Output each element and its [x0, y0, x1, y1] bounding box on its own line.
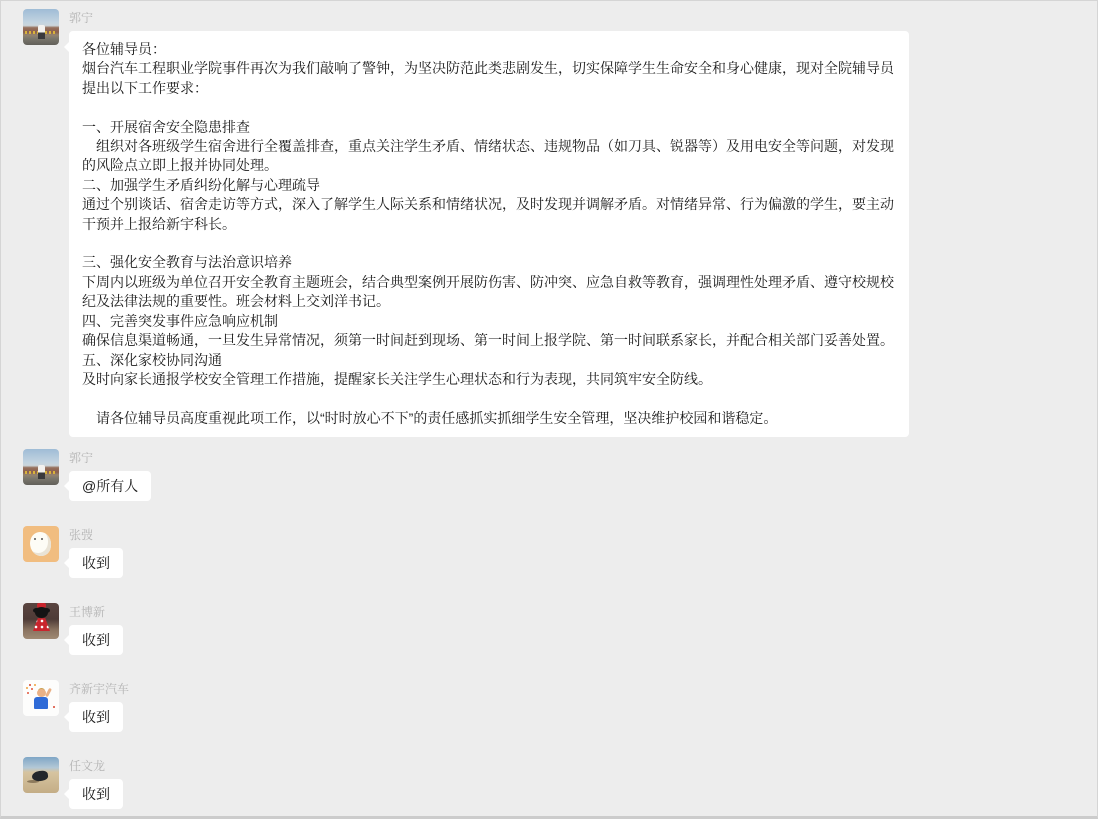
avatar-figure-detail	[31, 770, 48, 782]
avatar-guo-ning[interactable]	[23, 449, 59, 485]
chat-panel[interactable]: 郭宁 各位辅导员： 烟台汽车工程职业学院事件再次为我们敲响了警钟，为坚决防范此类…	[1, 1, 1097, 809]
message-group: 王博新 收到	[23, 603, 1097, 655]
message-bubble[interactable]: 收到	[69, 702, 123, 732]
avatar-confetti-detail	[31, 688, 33, 690]
message-bubble[interactable]: 收到	[69, 625, 123, 655]
message-text: 收到	[82, 553, 110, 573]
message-bubble[interactable]: 收到	[69, 548, 123, 578]
message-group: 张弢 收到	[23, 526, 1097, 578]
message-text: 各位辅导员： 烟台汽车工程职业学院事件再次为我们敲响了警钟，为坚决防范此类悲剧发…	[82, 40, 896, 428]
message-text: @所有人	[82, 476, 138, 496]
message-text: 收到	[82, 784, 110, 804]
message-text: 收到	[82, 707, 110, 727]
avatar-torso-detail	[34, 697, 48, 709]
avatar-dress-detail	[33, 618, 50, 631]
avatar-head-detail	[35, 607, 48, 618]
message-group: 郭宁 各位辅导员： 烟台汽车工程职业学院事件再次为我们敲响了警钟，为坚决防范此类…	[23, 9, 1097, 437]
sender-name: 王博新	[69, 605, 123, 619]
sender-name: 郭宁	[69, 11, 909, 25]
message-text: 收到	[82, 630, 110, 650]
avatar-bear-detail	[30, 532, 51, 556]
avatar-wang-boxin[interactable]	[23, 603, 59, 639]
message-content: 张弢 收到	[69, 526, 123, 578]
avatar-arm-detail	[45, 688, 52, 697]
sender-name: 郭宁	[69, 451, 151, 465]
avatar-ren-wenlong[interactable]	[23, 757, 59, 793]
chat-window: 郭宁 各位辅导员： 烟台汽车工程职业学院事件再次为我们敲响了警钟，为坚决防范此类…	[0, 0, 1098, 819]
sender-name: 齐新宇汽车	[69, 682, 129, 696]
avatar-person-detail	[38, 25, 45, 39]
message-bubble[interactable]: 收到	[69, 779, 123, 809]
sender-name: 任文龙	[69, 759, 123, 773]
avatar-qi-xinyu[interactable]	[23, 680, 59, 716]
avatar-person-detail	[38, 465, 45, 479]
message-group: 郭宁 @所有人	[23, 449, 1097, 501]
message-group: 齐新宇汽车 收到	[23, 680, 1097, 732]
message-content: 任文龙 收到	[69, 757, 123, 809]
message-bubble[interactable]: 各位辅导员： 烟台汽车工程职业学院事件再次为我们敲响了警钟，为坚决防范此类悲剧发…	[69, 31, 909, 437]
avatar-zhang-tao[interactable]	[23, 526, 59, 562]
message-content: 齐新宇汽车 收到	[69, 680, 129, 732]
message-group: 任文龙 收到	[23, 757, 1097, 809]
message-bubble[interactable]: @所有人	[69, 471, 151, 501]
message-content: 郭宁 @所有人	[69, 449, 151, 501]
sender-name: 张弢	[69, 528, 123, 542]
avatar-guo-ning[interactable]	[23, 9, 59, 45]
message-content: 王博新 收到	[69, 603, 123, 655]
message-content: 郭宁 各位辅导员： 烟台汽车工程职业学院事件再次为我们敲响了警钟，为坚决防范此类…	[69, 9, 909, 437]
